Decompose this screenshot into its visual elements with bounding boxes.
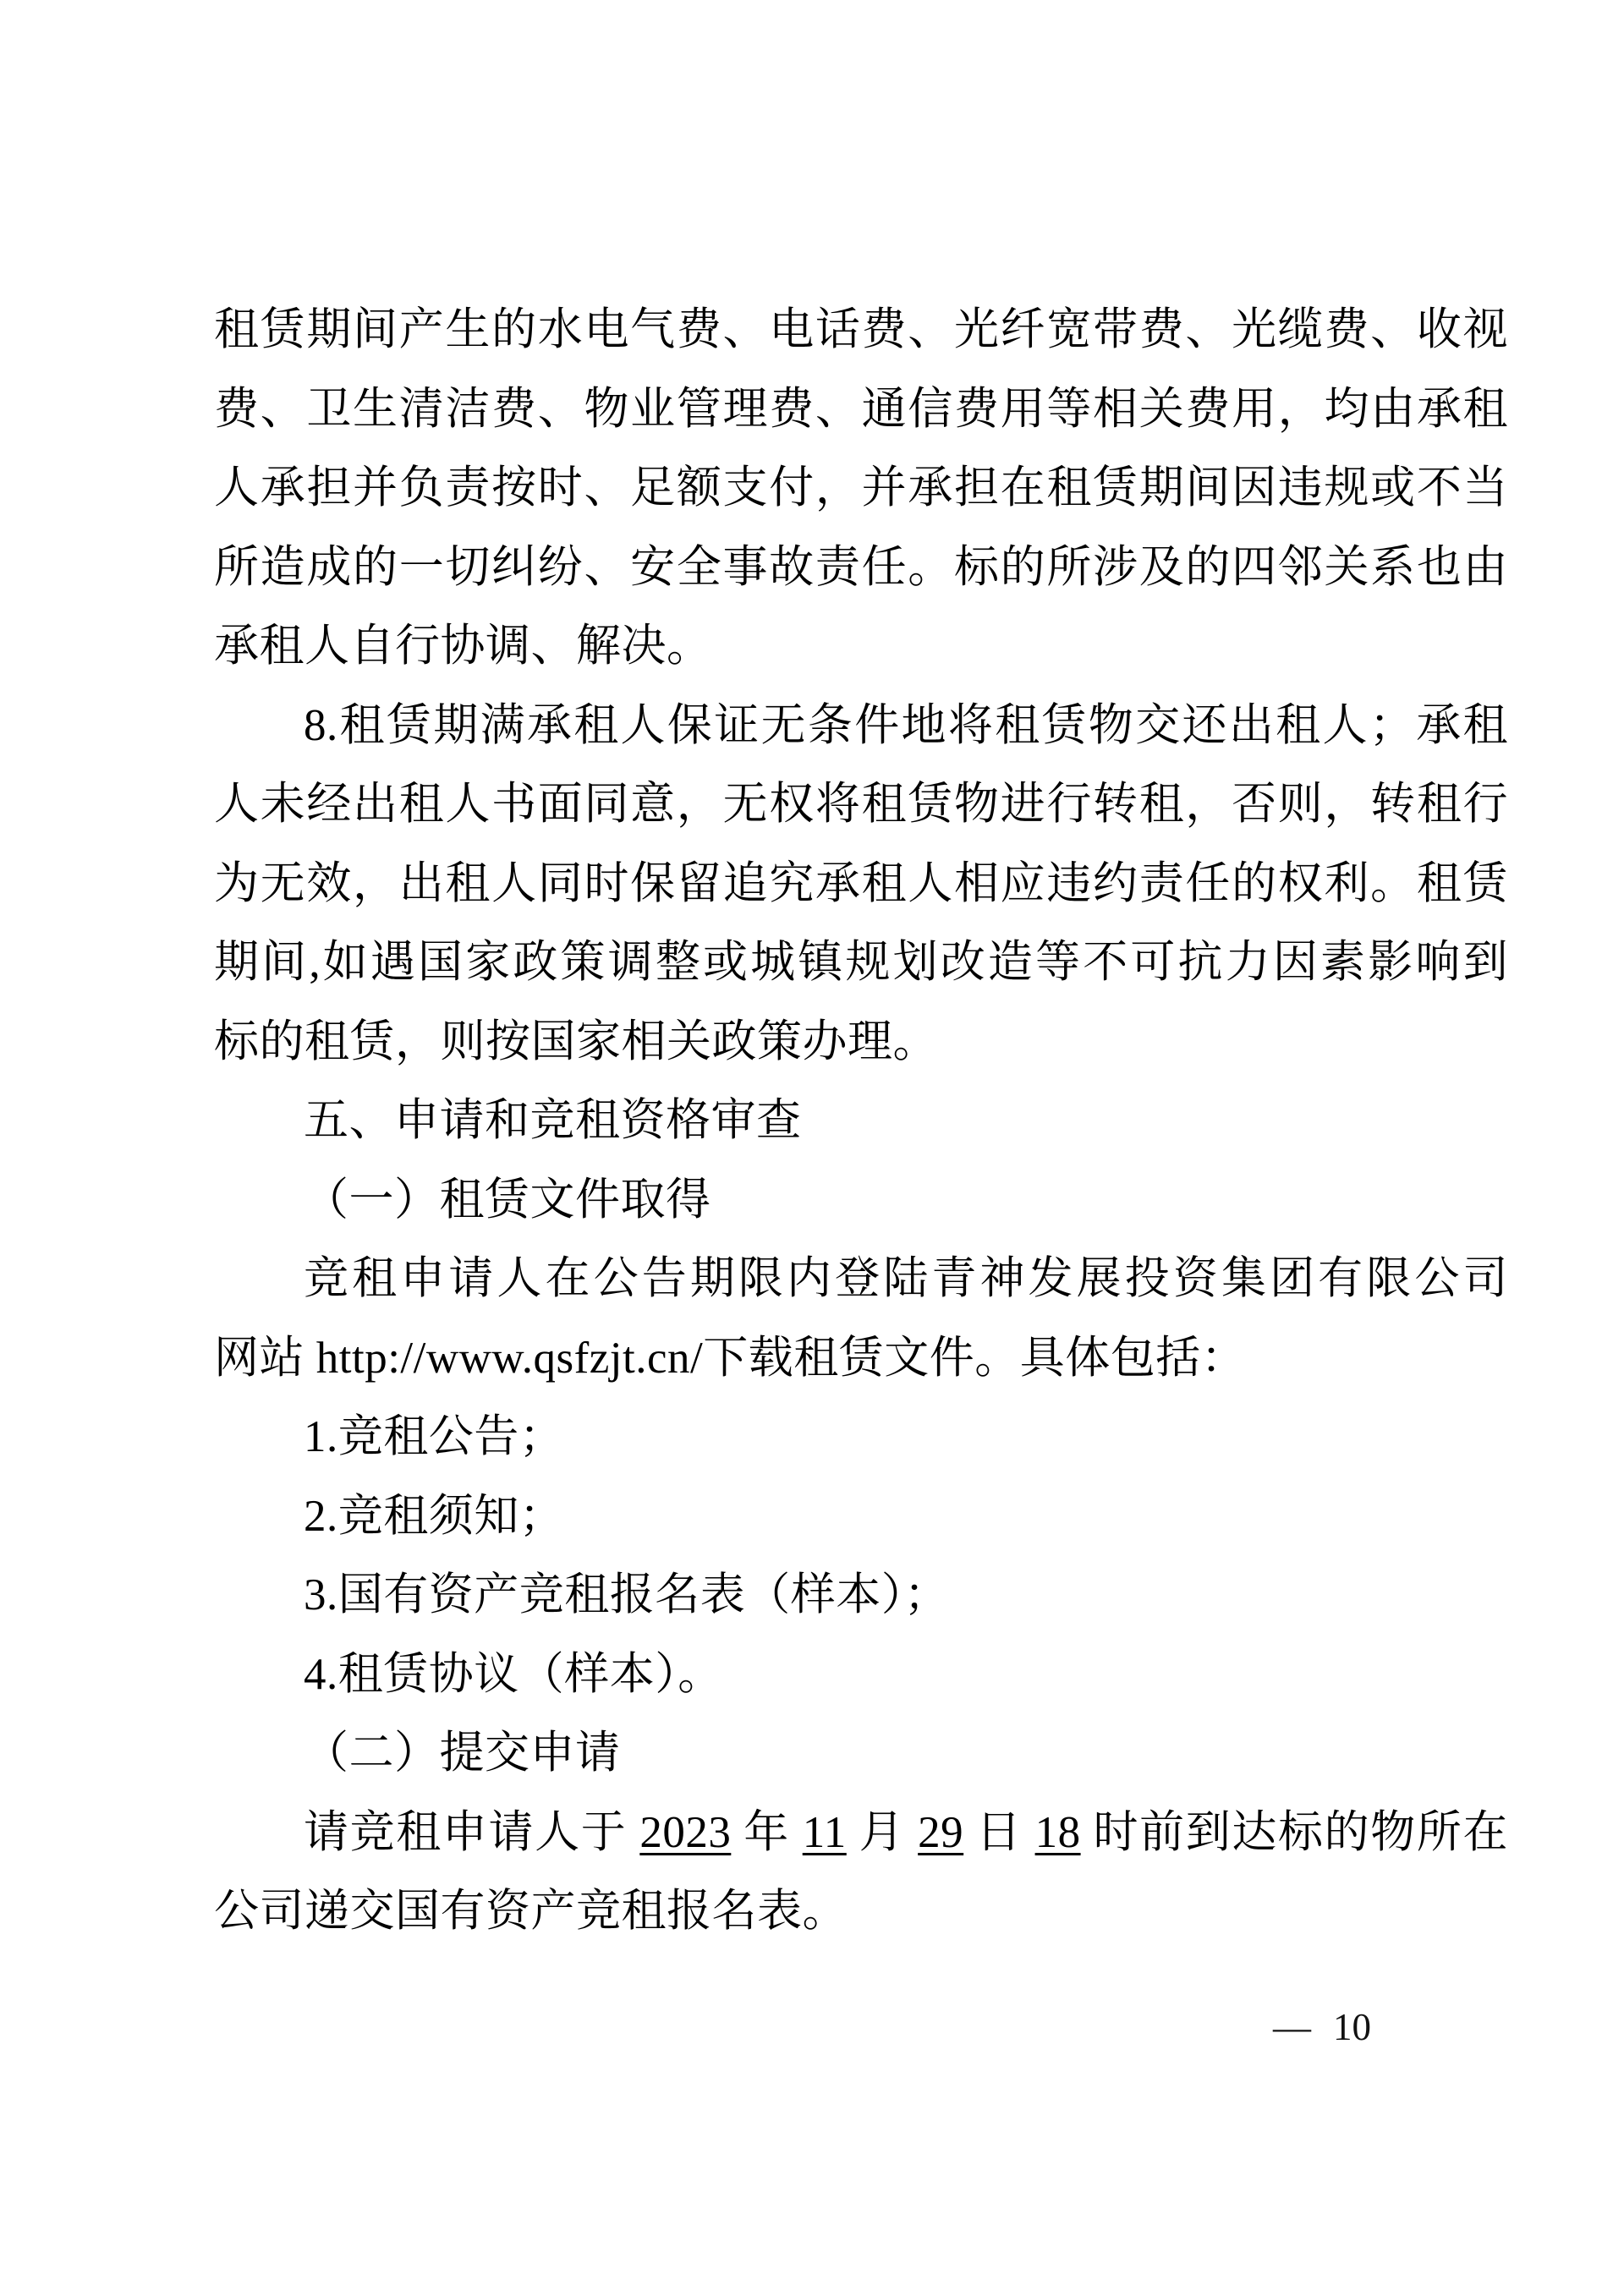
- text-line: 为无效，出租人同时保留追究承租人相应违约责任的权利。租赁: [214, 845, 1508, 924]
- text-segment: 租赁期间产生的水电气费、电话费、光纤宽带费、光缆费、收视: [214, 305, 1508, 354]
- page-number: 10: [1333, 2006, 1371, 2048]
- text-line: 人承担并负责按时、足额支付，并承担在租赁期间因违规或不当: [214, 449, 1508, 529]
- text-segment: 网站: [214, 1334, 316, 1383]
- text-line: 租赁期间产生的水电气费、电话费、光纤宽带费、光缆费、收视: [214, 291, 1508, 370]
- text-line: 2.竞租须知；: [214, 1477, 1508, 1557]
- underlined-value: 11: [803, 1808, 847, 1857]
- text-segment: 月: [847, 1808, 918, 1857]
- text-segment: 人承担并负责按时、足额支付，并承担在租赁期间因违规或不当: [214, 463, 1508, 512]
- text-line: 1.竞租公告；: [214, 1398, 1508, 1477]
- text-segment: 下载租赁文件。具体包括：: [703, 1334, 1246, 1383]
- latin-text: 3.: [304, 1570, 338, 1619]
- underlined-value: 29: [918, 1808, 963, 1857]
- text-segment: 费、卫生清洁费、物业管理费、通信费用等相关费用，均由承租: [214, 385, 1508, 434]
- text-line: 期间,如遇国家政策调整或城镇规划改造等不可抗力因素影响到: [214, 923, 1508, 1003]
- text-line: 费、卫生清洁费、物业管理费、通信费用等相关费用，均由承租: [214, 370, 1508, 450]
- text-segment: 国有资产竞租报名表（样本）；: [338, 1570, 950, 1619]
- page-footer: —10: [1273, 2006, 1371, 2048]
- text-segment: 日: [963, 1808, 1034, 1857]
- text-segment: 竞租须知；: [338, 1492, 565, 1541]
- text-line: 五、申请和竞租资格审查: [214, 1082, 1508, 1161]
- text-segment: 所造成的一切纠纷、安全事故责任。标的所涉及的四邻关系也由: [214, 543, 1508, 592]
- text-segment: 年: [731, 1808, 802, 1857]
- document-text-block: 租赁期间产生的水电气费、电话费、光纤宽带费、光缆费、收视费、卫生清洁费、物业管理…: [214, 291, 1508, 1952]
- text-line: 8.租赁期满承租人保证无条件地将租赁物交还出租人；承租: [214, 687, 1508, 766]
- text-segment: 期间,如遇国家政策调整或城镇规划改造等不可抗力因素影响到: [214, 938, 1508, 987]
- footer-dash: —: [1273, 2006, 1311, 2048]
- text-segment: 公司递交国有资产竞租报名表。: [214, 1887, 848, 1936]
- text-segment: 时前到达标的物所在: [1081, 1808, 1508, 1857]
- text-line: （一）租赁文件取得: [214, 1161, 1508, 1241]
- text-line: 标的租赁，则按国家相关政策办理。: [214, 1003, 1508, 1082]
- text-segment: （一）租赁文件取得: [304, 1175, 711, 1225]
- text-line: 公司递交国有资产竞租报名表。: [214, 1872, 1508, 1952]
- text-segment: 竞租申请人在公告期限内登陆青神发展投资集团有限公司: [304, 1254, 1508, 1303]
- latin-text: 8.: [304, 701, 338, 750]
- text-line: 4.租赁协议（样本）。: [214, 1636, 1508, 1715]
- text-line: 网站 http://www.qsfzjt.cn/下载租赁文件。具体包括：: [214, 1319, 1508, 1399]
- text-line: 竞租申请人在公告期限内登陆青神发展投资集团有限公司: [214, 1240, 1508, 1319]
- text-segment: 竞租公告；: [338, 1412, 565, 1461]
- text-line: （二）提交申请: [214, 1714, 1508, 1794]
- latin-text: http://www.qsfzjt.cn/: [316, 1334, 704, 1383]
- text-segment: 租赁期满承租人保证无条件地将租赁物交还出租人；承租: [338, 701, 1508, 750]
- text-segment: （二）提交申请: [304, 1729, 621, 1778]
- text-segment: 为无效，出租人同时保留追究承租人相应违约责任的权利。租赁: [214, 859, 1508, 908]
- underlined-value: 2023: [639, 1808, 731, 1857]
- text-line: 承租人自行协调、解决。: [214, 607, 1508, 687]
- text-line: 3.国有资产竞租报名表（样本）；: [214, 1556, 1508, 1636]
- latin-text: 4.: [304, 1650, 338, 1699]
- text-segment: 承租人自行协调、解决。: [214, 622, 712, 671]
- underlined-value: 18: [1035, 1808, 1081, 1857]
- latin-text: 1.: [304, 1412, 338, 1461]
- text-segment: 五、申请和竞租资格审查: [304, 1096, 802, 1145]
- latin-text: 2.: [304, 1492, 338, 1541]
- text-line: 所造成的一切纠纷、安全事故责任。标的所涉及的四邻关系也由: [214, 529, 1508, 608]
- text-line: 请竞租申请人于 2023 年 11 月 29 日 18 时前到达标的物所在: [214, 1794, 1508, 1873]
- text-segment: 租赁协议（样本）。: [338, 1650, 723, 1699]
- text-segment: 请竞租申请人于: [304, 1808, 639, 1857]
- document-page: 租赁期间产生的水电气费、电话费、光纤宽带费、光缆费、收视费、卫生清洁费、物业管理…: [0, 0, 1624, 2296]
- text-line: 人未经出租人书面同意，无权将租赁物进行转租，否则，转租行: [214, 765, 1508, 845]
- text-segment: 人未经出租人书面同意，无权将租赁物进行转租，否则，转租行: [214, 780, 1508, 829]
- text-segment: 标的租赁，则按国家相关政策办理。: [214, 1017, 938, 1066]
